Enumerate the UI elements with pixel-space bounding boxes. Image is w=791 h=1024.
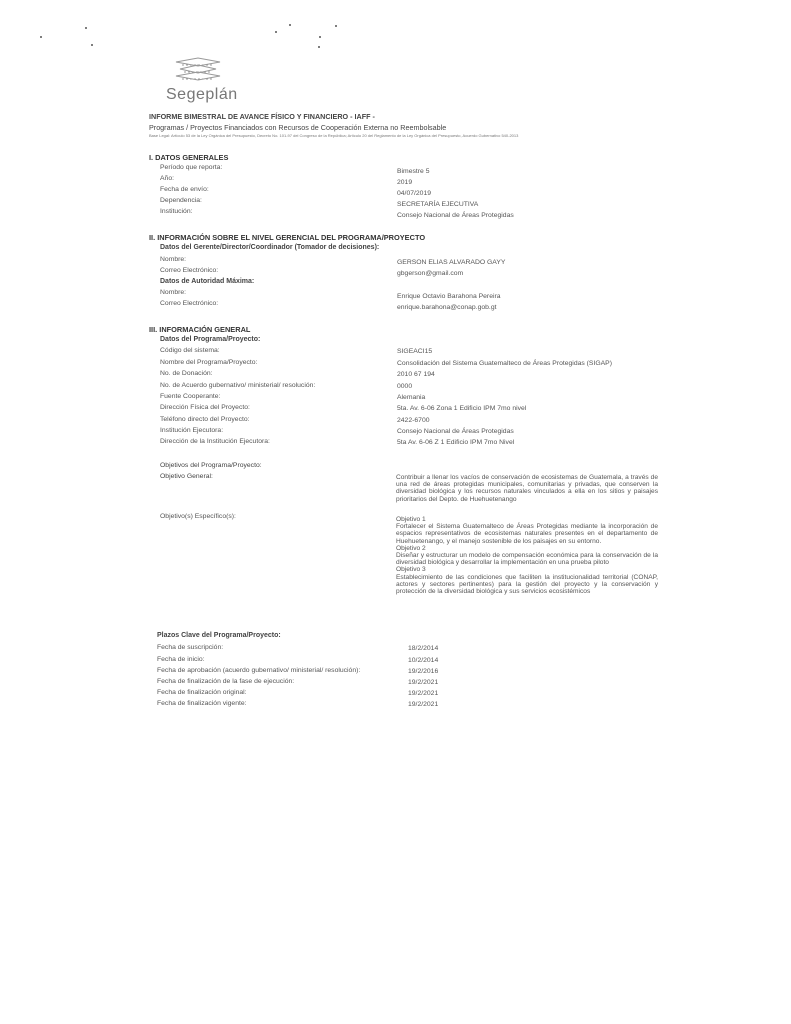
scan-speck	[319, 36, 321, 38]
field-value: 5ta. Av. 6-06 Zona 1 Edificio IPM 7mo ni…	[397, 405, 526, 412]
field-value: 18/2/2014	[408, 645, 438, 652]
field-label: Fecha de suscripción:	[157, 644, 223, 651]
scan-speck	[275, 31, 277, 33]
specific-objectives-label: Objetivo(s) Específico(s):	[160, 513, 236, 520]
field-value: 19/2/2021	[408, 690, 438, 697]
objective-2-text: Diseñar y estructurar un modelo de compe…	[396, 552, 658, 566]
manager-heading: Datos del Gerente/Director/Coordinador (…	[160, 244, 379, 251]
general-objective-label: Objetivo General:	[160, 473, 213, 480]
section-management-title: II. INFORMACIÓN SOBRE EL NIVEL GERENCIAL…	[149, 233, 425, 242]
section-general-info-title: III. INFORMACIÓN GENERAL	[149, 325, 250, 334]
field-label: No. de Acuerdo gubernativo/ ministerial/…	[160, 382, 315, 389]
field-label: Nombre:	[160, 289, 186, 296]
scan-speck	[289, 24, 291, 26]
objective-2-heading: Objetivo 2	[396, 545, 658, 552]
field-value: Consejo Nacional de Áreas Protegidas	[397, 212, 514, 219]
field-label: Teléfono directo del Proyecto:	[160, 416, 250, 423]
field-value: 19/2/2021	[408, 679, 438, 686]
manager-name: GERSON ELIAS ALVARADO GAYY	[397, 259, 505, 266]
field-label: Fecha de aprobación (acuerdo gubernativo…	[157, 667, 360, 674]
field-value: 2422-6700	[397, 417, 430, 424]
field-label: Fecha de finalización de la fase de ejec…	[157, 678, 294, 685]
logo-text: Segeplán	[166, 86, 238, 104]
field-label: Período que reporta:	[160, 164, 222, 171]
objective-1-text: Fortalecer el Sistema Guatemalteco de Ár…	[396, 523, 658, 544]
report-title: INFORME BIMESTRAL DE AVANCE FÍSICO Y FIN…	[149, 112, 375, 121]
scan-speck	[335, 25, 337, 27]
field-value: 04/07/2019	[397, 190, 431, 197]
authority-heading: Datos de Autoridad Máxima:	[160, 278, 254, 285]
authority-email: enrique.barahona@conap.gob.gt	[397, 304, 497, 311]
scan-speck	[85, 27, 87, 29]
field-label: Institución:	[160, 208, 193, 215]
field-value: 0000	[397, 383, 412, 390]
section-general-data-title: I. DATOS GENERALES	[149, 153, 228, 162]
field-value: Bimestre 5	[397, 168, 429, 175]
project-heading: Datos del Programa/Proyecto:	[160, 336, 260, 343]
specific-objectives-list: Objetivo 1 Fortalecer el Sistema Guatema…	[396, 516, 658, 595]
field-value: 2019	[397, 179, 412, 186]
field-value: 19/2/2016	[408, 668, 438, 675]
field-label: Correo Electrónico:	[160, 267, 218, 274]
field-label: Fecha de finalización vigente:	[157, 700, 247, 707]
field-label: Institución Ejecutora:	[160, 427, 223, 434]
scan-speck	[91, 44, 93, 46]
field-value: 19/2/2021	[408, 701, 438, 708]
legal-note: Base Legal: Artículo 53 de la Ley Orgáni…	[149, 133, 518, 138]
segeplan-logo: Segeplán	[158, 56, 238, 106]
field-value: 10/2/2014	[408, 657, 438, 664]
general-objective-text: Contribuir a llenar los vacíos de conser…	[396, 474, 658, 503]
field-label: Fuente Cooperante:	[160, 393, 220, 400]
field-value: Alemania	[397, 394, 425, 401]
logo-emblem-icon	[170, 56, 226, 86]
field-label: Fecha de finalización original:	[157, 689, 247, 696]
field-label: Dirección de la Institución Ejecutora:	[160, 438, 270, 445]
report-subtitle: Programas / Proyectos Financiados con Re…	[149, 123, 446, 132]
field-label: No. de Donación:	[160, 370, 213, 377]
field-value: SECRETARÍA EJECUTIVA	[397, 201, 478, 208]
scan-speck	[40, 36, 42, 38]
field-label: Código del sistema:	[160, 347, 220, 354]
field-value: SIGEACI15	[397, 348, 432, 355]
objective-3-text: Establecimiento de las condiciones que f…	[396, 574, 658, 595]
deadlines-heading: Plazos Clave del Programa/Proyecto:	[157, 632, 281, 639]
field-label: Fecha de envío:	[160, 186, 209, 193]
field-value: Consolidación del Sistema Guatemalteco d…	[397, 360, 612, 367]
field-label: Fecha de inicio:	[157, 656, 205, 663]
manager-email: gbgerson@gmail.com	[397, 270, 463, 277]
scan-speck	[318, 46, 320, 48]
field-value: Consejo Nacional de Áreas Protegidas	[397, 428, 514, 435]
objectives-heading: Objetivos del Programa/Proyecto:	[160, 462, 262, 469]
field-label: Correo Electrónico:	[160, 300, 218, 307]
field-value: 2010 67 194	[397, 371, 435, 378]
objective-3-heading: Objetivo 3	[396, 566, 658, 573]
field-label: Nombre del Programa/Proyecto:	[160, 359, 257, 366]
field-value: 5ta Av. 6-06 Z 1 Edificio IPM 7mo Nivel	[397, 439, 514, 446]
field-label: Dependencia:	[160, 197, 202, 204]
field-label: Dirección Física del Proyecto:	[160, 404, 250, 411]
field-label: Nombre:	[160, 256, 186, 263]
authority-name: Enrique Octavio Barahona Pereira	[397, 293, 501, 300]
field-label: Año:	[160, 175, 174, 182]
